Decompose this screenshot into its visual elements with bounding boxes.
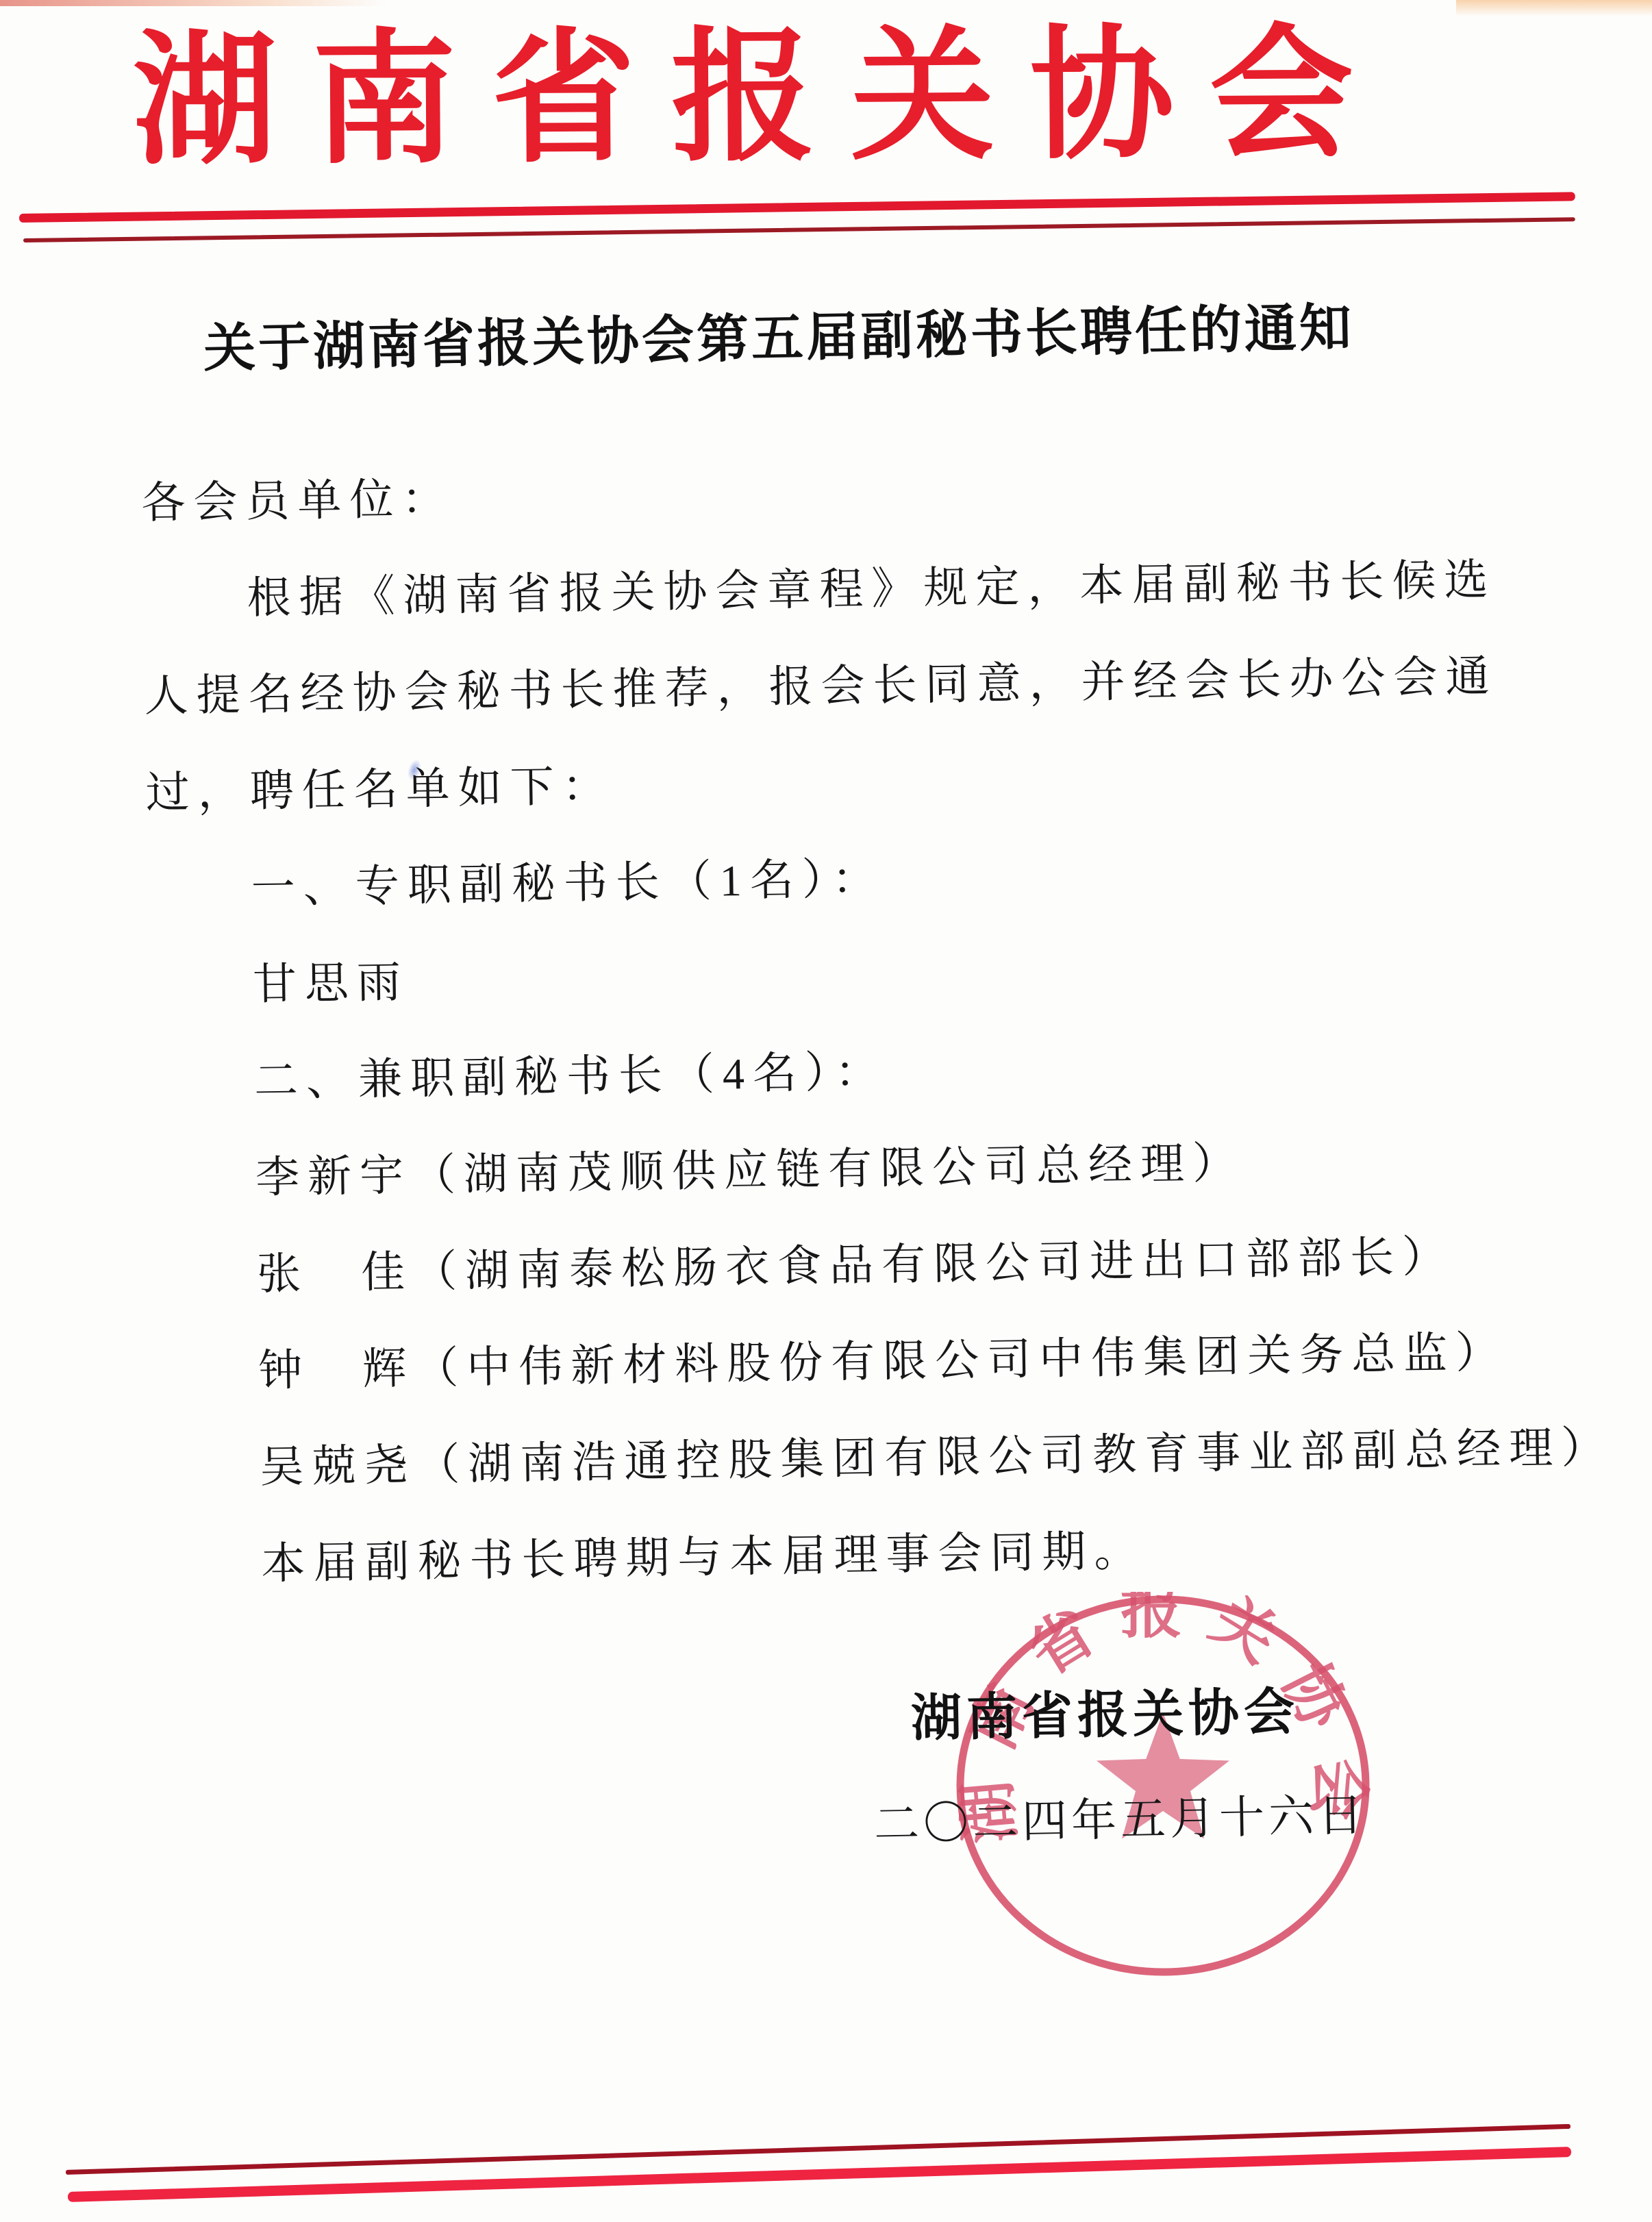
letterhead-rule-thick	[19, 192, 1575, 223]
signature-date: 二〇二四年五月十六日	[873, 1778, 1368, 1853]
footer-rule-thick	[68, 2147, 1571, 2202]
closing-line: 本届副秘书长聘期与本届理事会同期。	[156, 1497, 1525, 1614]
signature-organization: 湖南省报关协会	[910, 1671, 1300, 1751]
scan-artifact-top-left	[0, 0, 388, 6]
section2-name: 吴兢尧（湖南浩通控股集团有限公司教育事业部副总经理）	[155, 1400, 1523, 1517]
intro-line: 人提名经协会秘书长推荐，报会长同意，并经会长办公会通	[144, 627, 1512, 745]
document-title: 关于湖南省报关协会第五届副秘书长聘任的通知	[199, 286, 1358, 382]
document-body: 各会员单位： 根据《湖南省报关协会章程》规定，本届副秘书长候选 人提名经协会秘书…	[140, 434, 1525, 1613]
letterhead-title: 湖南省报关协会	[0, 10, 1523, 188]
footer-rule-thin	[66, 2124, 1570, 2175]
letterhead-rule-thin	[23, 217, 1575, 242]
scanned-notice-page: 湖南省报关协会 关于湖南省报关协会第五届副秘书长聘任的通知 各会员单位： 根据《…	[0, 0, 1652, 2222]
